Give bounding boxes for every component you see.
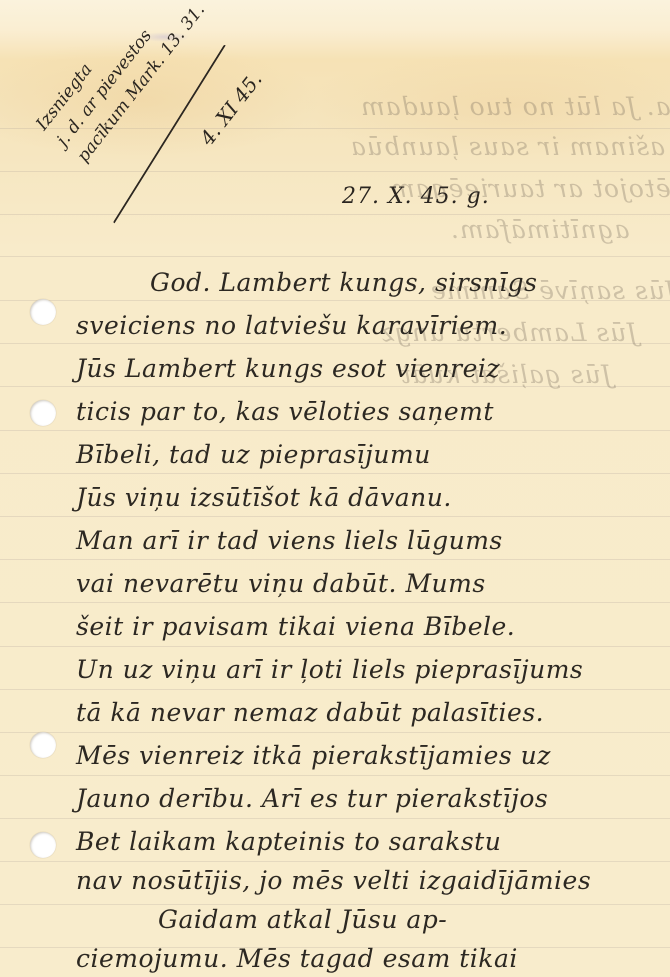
ruled-line	[0, 473, 670, 474]
letter-line: Bet laikam kapteinis to sarakstu	[76, 827, 501, 856]
ruled-line	[0, 861, 670, 862]
letter-date: 27. X. 45. g.	[342, 184, 490, 209]
letter-line: Jūs viņu izsūtīšot kā dāvanu.	[76, 483, 452, 512]
ruled-line	[0, 646, 670, 647]
ruled-line	[0, 818, 670, 819]
letter-line: šeit ir pavisam tikai viena Bībele.	[76, 612, 515, 641]
punch-hole	[30, 400, 56, 426]
punch-hole	[30, 299, 56, 325]
bleed-through-text: katram ašinam ir saus ļaunbūa	[350, 132, 670, 161]
letter-line: Jūs Lambert kungs esot vienreiz	[76, 354, 500, 383]
ruled-line	[0, 559, 670, 560]
letter-line: tā kā nevar nemaz dabūt palasīties.	[76, 698, 544, 727]
letter-line: ticis par to, kas vēloties saņemt	[76, 397, 494, 426]
punch-hole	[30, 732, 56, 758]
ruled-line	[0, 602, 670, 603]
bleed-through-text: agnītimāfam.	[450, 215, 629, 244]
letter-line: nav nosūtījis, jo mēs velti izgaidījāmie…	[76, 866, 591, 895]
margin-annotation: Izsniegta j. d. ar pievestos pacīkum Mar…	[30, 0, 212, 168]
letter-line: Jauno derību. Arī es tur pierakstījos	[76, 784, 548, 813]
ruled-line	[0, 732, 670, 733]
ruled-line	[0, 256, 670, 257]
letter-line: God. Lambert kungs, sirsnīgs	[150, 268, 538, 297]
letter-page: luūtla. Ja lūt no tuo ļaudam katram ašin…	[0, 0, 670, 977]
ruled-line	[0, 689, 670, 690]
bleed-through-text: luūtla. Ja lūt no tuo ļaudam	[360, 92, 670, 121]
letter-line: Gaidam atkal Jūsu ap-	[158, 905, 447, 934]
letter-line: sveiciens no latviešu karavīriem.	[76, 311, 507, 340]
letter-line: Mēs vienreiz itkā pierakstījamies uz	[76, 741, 551, 770]
letter-line: ciemojumu. Mēs tagad esam tikai	[76, 944, 518, 973]
letter-line: Un uz viņu arī ir ļoti liels pieprasījum…	[76, 655, 583, 684]
punch-hole	[30, 832, 56, 858]
ruled-line	[0, 516, 670, 517]
ruled-line	[0, 171, 670, 172]
letter-line: Man arī ir tad viens liels lūgums	[76, 526, 503, 555]
ruled-line	[0, 775, 670, 776]
letter-line: vai nevarētu viņu dabūt. Mums	[76, 569, 486, 598]
letter-line: Bībeli, tad uz pieprasījumu	[76, 440, 431, 469]
ruled-line	[0, 430, 670, 431]
